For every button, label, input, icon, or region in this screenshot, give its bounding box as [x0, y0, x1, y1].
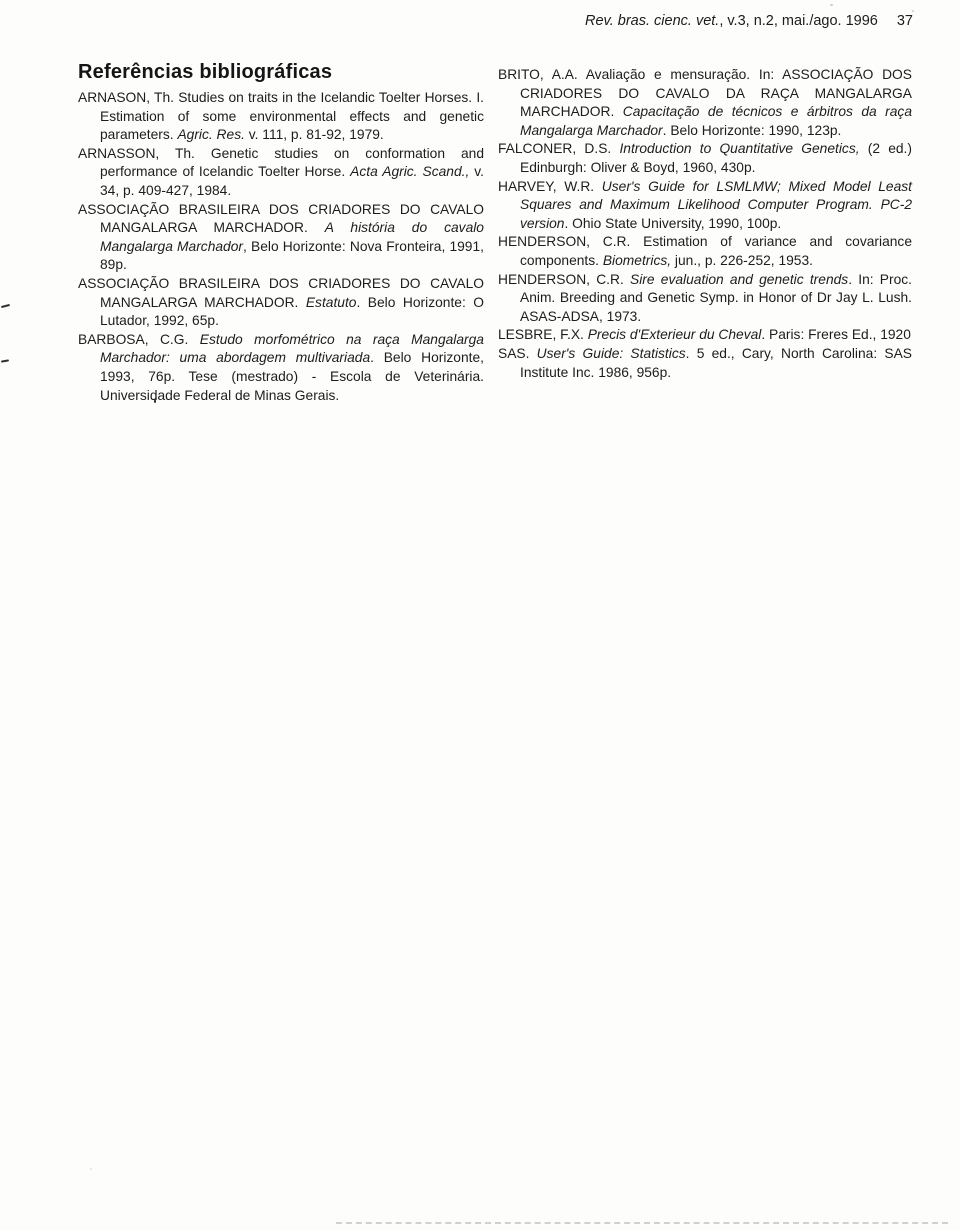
reference-entry: HENDERSON, C.R. Sire evaluation and gene… — [498, 271, 912, 327]
page-number: 37 — [897, 12, 913, 30]
scan-artifact-bottom-edge — [336, 1222, 948, 1224]
reference-list-left: ARNASON, Th. Studies on traits in the Ic… — [78, 89, 484, 405]
reference-entry: ASSOCIAÇÃO BRASILEIRA DOS CRIADORES DO C… — [78, 275, 484, 331]
issue-info: , v.3, n.2, mai./ago. 1996 — [719, 12, 878, 30]
reference-entry: HARVEY, W.R. User's Guide for LSMLMW; Mi… — [498, 178, 912, 234]
scan-artifact-speck — [830, 4, 833, 6]
reference-entry: ARNASON, Th. Studies on traits in the Ic… — [78, 89, 484, 145]
reference-entry: HENDERSON, C.R. Estimation of variance a… — [498, 233, 912, 270]
scan-artifact-margin-mark — [1, 304, 10, 308]
running-head: Rev. bras. cienc. vet., v.3, n.2, mai./a… — [585, 12, 913, 30]
references-column-left: Referências bibliográficas ARNASON, Th. … — [78, 60, 484, 405]
reference-list-right: BRITO, A.A. Avaliação e mensuração. In: … — [498, 66, 912, 382]
scan-artifact-ink-dot — [154, 399, 156, 403]
reference-entry: LESBRE, F.X. Precis d'Exterieur du Cheva… — [498, 326, 912, 345]
journal-title: Rev. bras. cienc. vet. — [585, 12, 719, 30]
scan-artifact-speck — [90, 1168, 92, 1170]
reference-entry: BARBOSA, C.G. Estudo morfométrico na raç… — [78, 331, 484, 405]
reference-entry: FALCONER, D.S. Introduction to Quantitat… — [498, 140, 912, 177]
reference-entry: ASSOCIAÇÃO BRASILEIRA DOS CRIADORES DO C… — [78, 201, 484, 275]
scan-artifact-margin-mark — [1, 359, 9, 362]
reference-entry: ARNASSON, Th. Genetic studies on conform… — [78, 145, 484, 201]
reference-entry: BRITO, A.A. Avaliação e mensuração. In: … — [498, 66, 912, 140]
references-column-right: BRITO, A.A. Avaliação e mensuração. In: … — [498, 66, 912, 382]
scanned-journal-page: Rev. bras. cienc. vet., v.3, n.2, mai./a… — [0, 0, 960, 1230]
reference-entry: SAS. User's Guide: Statistics. 5 ed., Ca… — [498, 345, 912, 382]
scan-artifact-speck — [912, 10, 914, 12]
section-title: Referências bibliográficas — [78, 60, 484, 84]
